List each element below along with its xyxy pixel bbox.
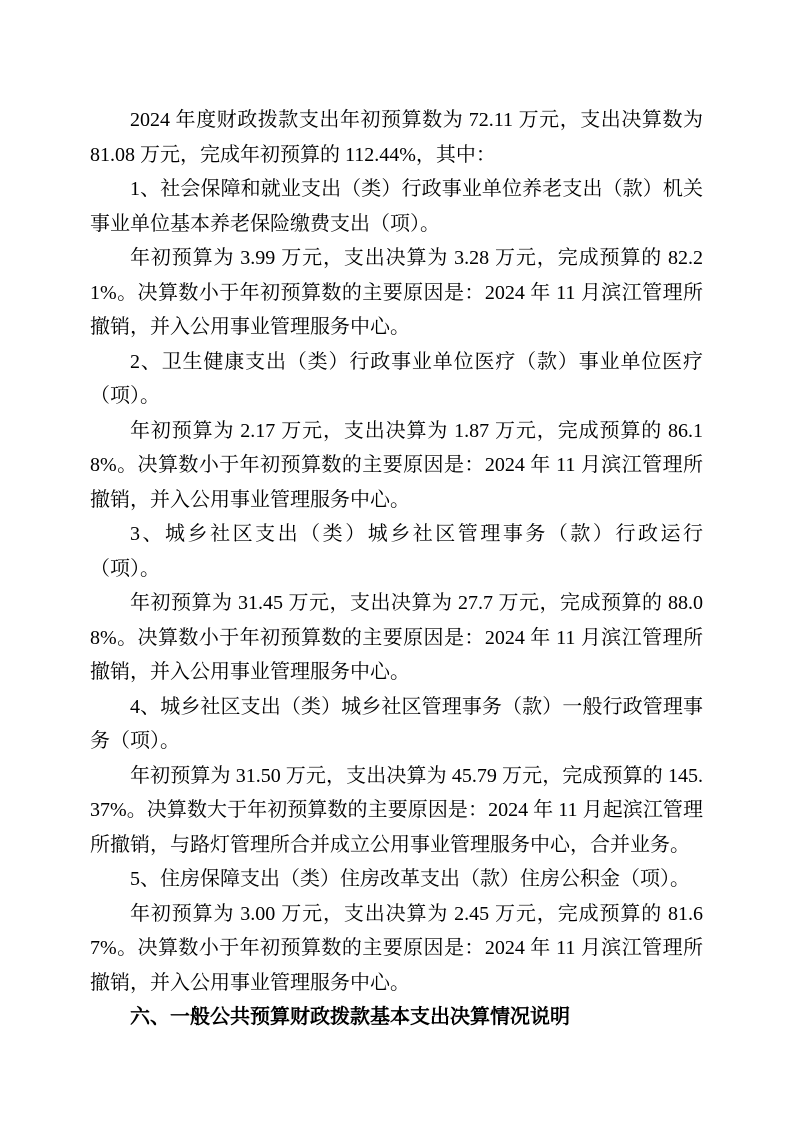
paragraph-item-2-title: 2、卫生健康支出（类）行政事业单位医疗（款）事业单位医疗（项）。 <box>90 345 703 414</box>
paragraph-item-2-detail: 年初预算为 2.17 万元，支出决算为 1.87 万元，完成预算的 86.18%… <box>90 414 703 518</box>
section-heading: 六、一般公共预算财政拨款基本支出决算情况说明 <box>90 1000 703 1035</box>
paragraph-item-1-title: 1、社会保障和就业支出（类）行政事业单位养老支出（款）机关事业单位基本养老保险缴… <box>90 172 703 241</box>
paragraph-summary: 2024 年度财政拨款支出年初预算数为 72.11 万元，支出决算数为 81.0… <box>90 103 703 172</box>
paragraph-item-4-title: 4、城乡社区支出（类）城乡社区管理事务（款）一般行政管理事务（项）。 <box>90 690 703 759</box>
paragraph-item-5-detail: 年初预算为 3.00 万元，支出决算为 2.45 万元，完成预算的 81.67%… <box>90 897 703 1001</box>
paragraph-item-3-title: 3、城乡社区支出（类）城乡社区管理事务（款）行政运行（项）。 <box>90 517 703 586</box>
paragraph-item-3-detail: 年初预算为 31.45 万元，支出决算为 27.7 万元，完成预算的 88.08… <box>90 586 703 690</box>
paragraph-item-4-detail: 年初预算为 31.50 万元，支出决算为 45.79 万元，完成预算的 145.… <box>90 759 703 863</box>
paragraph-item-5-title: 5、住房保障支出（类）住房改革支出（款）住房公积金（项）。 <box>90 862 703 897</box>
paragraph-item-1-detail: 年初预算为 3.99 万元，支出决算为 3.28 万元，完成预算的 82.21%… <box>90 241 703 345</box>
document-page: 2024 年度财政拨款支出年初预算数为 72.11 万元，支出决算数为 81.0… <box>0 0 793 1122</box>
